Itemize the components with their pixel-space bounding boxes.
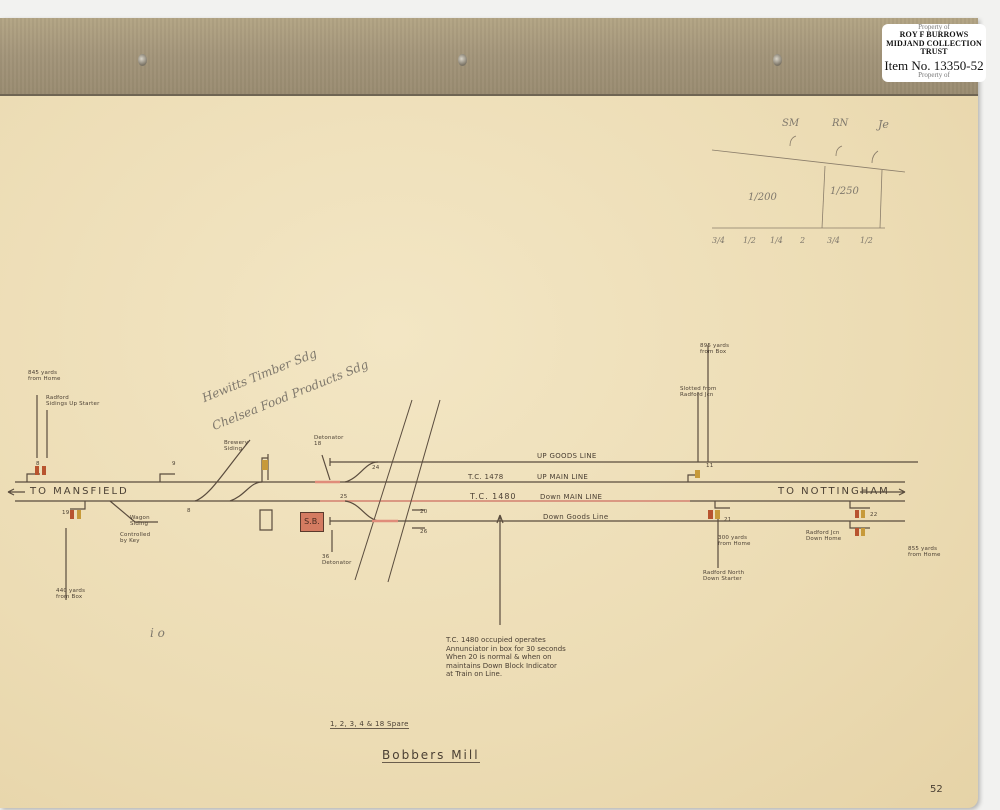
lever-number: 25	[340, 494, 347, 500]
lever-number: 11	[706, 463, 713, 469]
scale-tick: 3/4	[827, 236, 840, 245]
lever-number: 8	[36, 461, 40, 467]
note-radford-jcn-home: Radford Jcn Down Home	[806, 530, 841, 542]
track-circuit-down: T.C. 1480	[470, 492, 517, 501]
track-circuit-up: T.C. 1478	[468, 473, 504, 481]
destination-nottingham: TO NOTTINGHAM	[778, 486, 890, 497]
lever-number: 26	[420, 529, 427, 535]
scale-tick: 3/4	[712, 236, 725, 245]
note-radford-north: Radford North Down Starter	[703, 570, 744, 582]
note-440-yards: 440 yards from Box	[56, 588, 85, 600]
diagram-title: Bobbers Mill	[382, 748, 480, 763]
line-down-goods: Down Goods Line	[543, 513, 608, 521]
lever-number: 24	[372, 465, 379, 471]
note-detonator-36: 36 Detonator	[322, 554, 352, 566]
scale-header-sm: SM	[782, 118, 799, 129]
scale-ratio-2: 1/250	[830, 186, 859, 197]
note-845-yards: 845 yards from Home	[28, 370, 61, 382]
signal-box: S.B.	[300, 512, 324, 532]
scale-header-je: Je	[878, 118, 889, 131]
spare-levers-note: 1, 2, 3, 4 & 18 Spare	[330, 720, 409, 729]
scale-tick: 1/4	[770, 236, 783, 245]
lever-number: 20	[420, 509, 427, 515]
lever-number: 19	[62, 510, 69, 516]
lever-number: 21	[724, 517, 731, 523]
page-number: 52	[930, 784, 943, 795]
note-brewery: Brewery Siding	[224, 440, 248, 452]
line-up-main: UP MAIN LINE	[537, 473, 588, 481]
note-slotted-radford: Slotted from Radford Jcn	[680, 386, 717, 398]
note-895-yards: 895 yards from Box	[700, 343, 729, 355]
note-track-circuit: T.C. 1480 occupied operates Annunciator …	[446, 636, 566, 679]
scale-tick: 2	[800, 236, 805, 245]
track-diagram	[0, 0, 1000, 810]
lever-number: 8	[187, 508, 191, 514]
stray-mark: i o	[150, 626, 165, 640]
note-radford-sidings: Radford Sidings Up Starter	[46, 395, 100, 407]
scale-ratio-1: 1/200	[748, 192, 777, 203]
scale-tick: 1/2	[743, 236, 756, 245]
line-down-main: Down MAIN LINE	[540, 493, 602, 501]
destination-mansfield: TO MANSFIELD	[30, 486, 129, 497]
scale-tick: 1/2	[860, 236, 873, 245]
note-wagon-siding: Wagon Siding	[130, 515, 150, 527]
note-855-yards: 855 yards from Home	[908, 546, 941, 558]
line-up-goods: UP GOODS LINE	[537, 452, 597, 460]
note-controlled-key: Controlled by Key	[120, 532, 150, 544]
note-300-yards: 300 yards from Home	[718, 535, 751, 547]
lever-number: 22	[870, 512, 877, 518]
scale-header-rn: RN	[832, 118, 848, 129]
lever-number: 9	[172, 461, 176, 467]
note-detonator-18: Detonator 18	[314, 435, 344, 447]
